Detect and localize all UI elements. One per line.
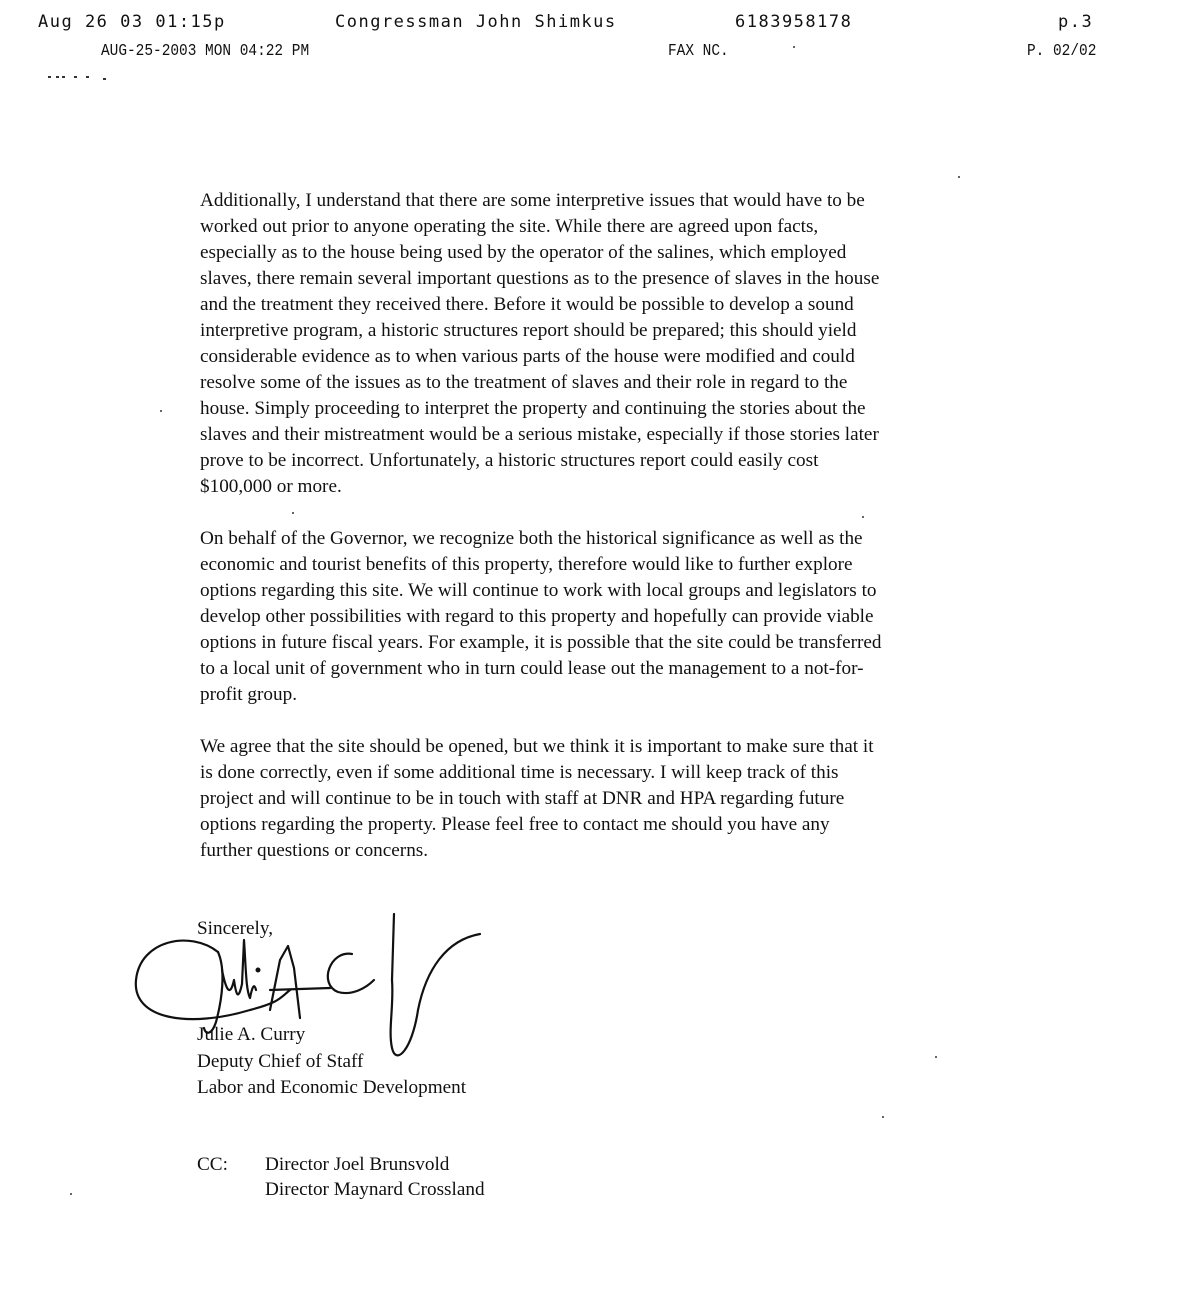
text-line: interpretive program, a historic structu… bbox=[200, 318, 1030, 344]
paragraph-agreement: We agree that the site should be opened,… bbox=[200, 734, 1030, 864]
signer-department: Labor and Economic Development bbox=[197, 1075, 466, 1102]
text-line: options regarding this site. We will con… bbox=[200, 578, 1030, 604]
cc-recipient: Director Joel Brunsvold bbox=[265, 1152, 485, 1177]
fax-header-fax-label: FAX NC. bbox=[668, 42, 729, 61]
fax-header-page: p.3 bbox=[1058, 12, 1093, 32]
text-line: to a local unit of government who in tur… bbox=[200, 656, 1030, 682]
text-line: slaves, there remain several important q… bbox=[200, 266, 1030, 292]
text-line: Additionally, I understand that there ar… bbox=[200, 188, 1030, 214]
text-line: economic and tourist benefits of this pr… bbox=[200, 552, 1030, 578]
text-line: considerable evidence as to when various… bbox=[200, 344, 1030, 370]
fax-header-datetime: Aug 26 03 01:15p bbox=[38, 12, 226, 32]
letter-body: Additionally, I understand that there ar… bbox=[200, 188, 1030, 890]
signer-name: Julie A. Curry bbox=[197, 1022, 466, 1049]
signer-title: Deputy Chief of Staff bbox=[197, 1049, 466, 1076]
text-line: We agree that the site should be opened,… bbox=[200, 734, 1030, 760]
text-line: slaves and their mistreatment would be a… bbox=[200, 422, 1030, 448]
text-line: worked out prior to anyone operating the… bbox=[200, 214, 1030, 240]
text-line: options in future fiscal years. For exam… bbox=[200, 630, 1030, 656]
cc-recipient: Director Maynard Crossland bbox=[265, 1177, 485, 1202]
paragraph-governor-position: On behalf of the Governor, we recognize … bbox=[200, 526, 1030, 708]
cc-label: CC: bbox=[197, 1152, 228, 1177]
fax-header-sender: Congressman John Shimkus bbox=[335, 12, 617, 32]
text-line: profit group. bbox=[200, 682, 1030, 708]
signer-info: Julie A. Curry Deputy Chief of Staff Lab… bbox=[197, 1022, 466, 1102]
text-line: $100,000 or more. bbox=[200, 474, 1030, 500]
fax-header-page-count: P. 02/02 bbox=[1027, 42, 1096, 61]
text-line: especially as to the house being used by… bbox=[200, 240, 1030, 266]
text-line: is done correctly, even if some addition… bbox=[200, 760, 1030, 786]
text-line: project and will continue to be in touch… bbox=[200, 786, 1030, 812]
fax-header-number: 6183958178 bbox=[735, 12, 852, 32]
text-line: On behalf of the Governor, we recognize … bbox=[200, 526, 1030, 552]
text-line: house. Simply proceeding to interpret th… bbox=[200, 396, 1030, 422]
text-line: resolve some of the issues as to the tre… bbox=[200, 370, 1030, 396]
fax-header-received-datetime: AUG-25-2003 MON 04:22 PM bbox=[101, 42, 309, 61]
text-line: develop other possibilities with regard … bbox=[200, 604, 1030, 630]
text-line: further questions or concerns. bbox=[200, 838, 1030, 864]
text-line: and the treatment they received there. B… bbox=[200, 292, 1030, 318]
scan-noise bbox=[48, 74, 108, 80]
text-line: prove to be incorrect. Unfortunately, a … bbox=[200, 448, 1030, 474]
text-line: options regarding the property. Please f… bbox=[200, 812, 1030, 838]
cc-recipients: Director Joel Brunsvold Director Maynard… bbox=[265, 1152, 485, 1202]
paragraph-interpretive-issues: Additionally, I understand that there ar… bbox=[200, 188, 1030, 500]
